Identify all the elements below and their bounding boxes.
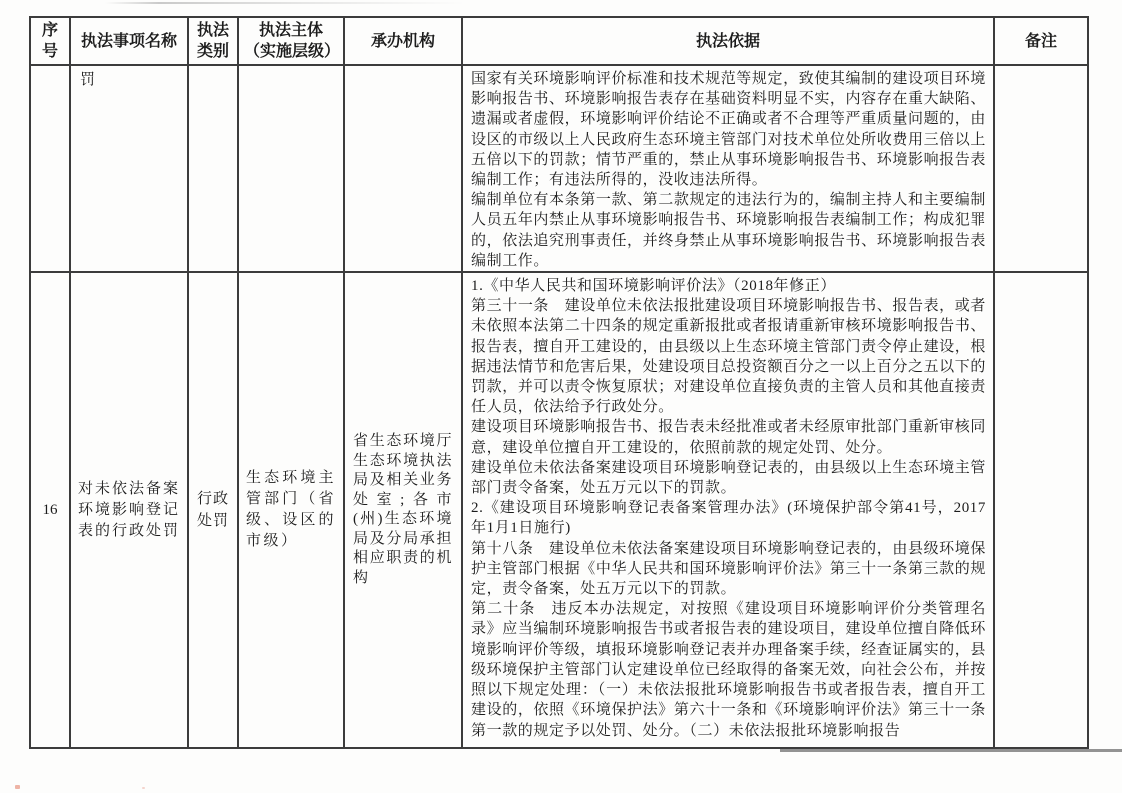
cell-seq: 16	[30, 272, 70, 748]
basis-paragraph: 第十八条 建设单位未依法备案建设项目环境影响登记表的，由县级环境保护主管部门根据…	[471, 539, 986, 600]
basis-paragraph: 国家有关环境影响评价标准和技术规范等规定，致使其编制的建设项目环境影响报告书、环…	[471, 69, 986, 190]
header-seq: 序号	[30, 17, 70, 65]
cell-item-name: 罚	[70, 65, 188, 272]
scan-artifact-top-streak	[105, 2, 465, 4]
cell-basis: 1.《中华人民共和国环境影响评价法》（2018年修正） 第三十一条 建设单位未依…	[462, 272, 994, 748]
scan-artifact-pink-dot	[15, 785, 20, 789]
basis-paragraph: 1.《中华人民共和国环境影响评价法》（2018年修正）	[471, 276, 986, 296]
table-row-continuation: 罚 国家有关环境影响评价标准和技术规范等规定，致使其编制的建设项目环境影响报告书…	[30, 65, 1088, 272]
header-remark: 备注	[994, 17, 1088, 65]
cell-basis: 国家有关环境影响评价标准和技术规范等规定，致使其编制的建设项目环境影响报告书、环…	[462, 65, 994, 272]
basis-paragraph: 第二十条 违反本办法规定，对按照《建设项目环境影响评价分类管理名录》应当编制环境…	[471, 599, 986, 740]
cell-item-name: 对未依法备案环境影响登记表的行政处罚	[70, 272, 188, 748]
basis-paragraph: 建设项目环境影响报告书、报告表未经批准或者未经原审批部门重新审核同意，建设单位擅…	[471, 417, 986, 457]
cell-remark	[994, 65, 1088, 272]
cell-agency: 省生态环境厅生态环境执法局及相关业务处室;各市(州)生态环境局及分局承担相应职责…	[344, 272, 462, 748]
header-row: 序号 执法事项名称 执法类别 执法主体（实施层级） 承办机构 执法依据 备注	[30, 17, 1088, 65]
scan-artifact-pink-dot	[142, 787, 145, 789]
scan-artifact-bottom-streak	[780, 749, 1122, 752]
basis-paragraph: 建设单位未依法备案建设项目环境影响登记表的，由县级以上生态环境主管部门责令备案，…	[471, 458, 986, 498]
cell-agency	[344, 65, 462, 272]
header-category: 执法类别	[188, 17, 238, 65]
cell-remark	[994, 272, 1088, 748]
cell-subject: 生态环境主管部门（省级、设区的市级）	[238, 272, 344, 748]
cell-subject	[238, 65, 344, 272]
basis-paragraph: 编制单位有本条第一款、第二款规定的违法行为的，编制主持人和主要编制人员五年内禁止…	[471, 190, 986, 271]
basis-paragraph: 2.《建设项目环境影响登记表备案管理办法》(环境保护部令第41号，2017年1月…	[471, 498, 986, 538]
basis-paragraph: 第三十一条 建设单位未依法报批建设项目环境影响报告书、报告表，或者未依照本法第二…	[471, 296, 986, 417]
header-basis: 执法依据	[462, 17, 994, 65]
header-subject: 执法主体（实施层级）	[238, 17, 344, 65]
cell-category	[188, 65, 238, 272]
cell-category: 行政处罚	[188, 272, 238, 748]
table-row-16: 16 对未依法备案环境影响登记表的行政处罚 行政处罚 生态环境主管部门（省级、设…	[30, 272, 1088, 748]
header-item-name: 执法事项名称	[70, 17, 188, 65]
document-page: 序号 执法事项名称 执法类别 执法主体（实施层级） 承办机构 执法依据 备注 罚…	[0, 0, 1122, 793]
cell-seq	[30, 65, 70, 272]
header-agency: 承办机构	[344, 17, 462, 65]
enforcement-items-table: 序号 执法事项名称 执法类别 执法主体（实施层级） 承办机构 执法依据 备注 罚…	[29, 16, 1089, 749]
